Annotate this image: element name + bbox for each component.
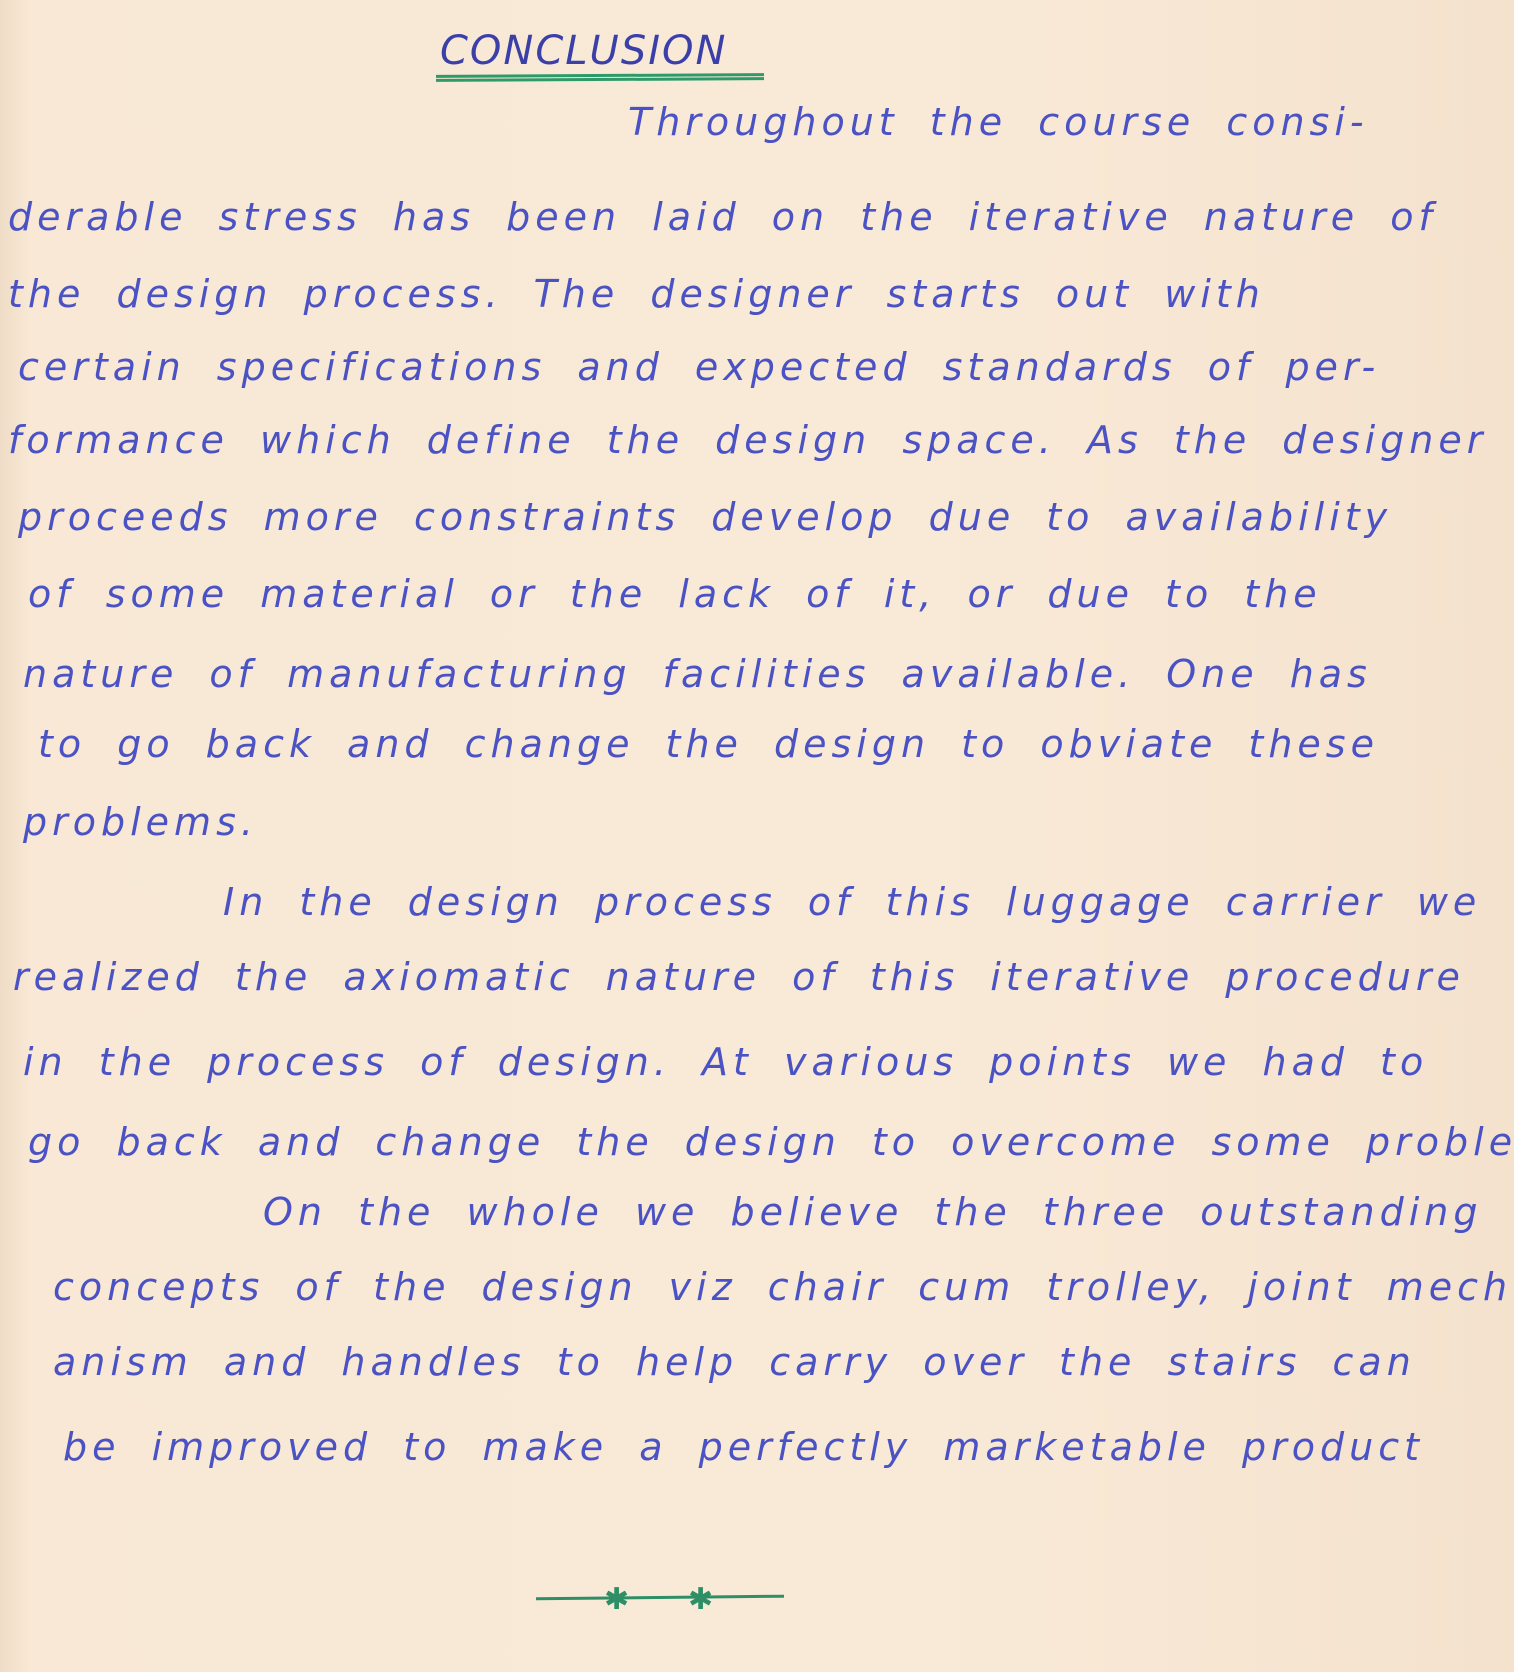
- text-line: nature of manufacturing facilities avail…: [23, 652, 1372, 696]
- text-line: to go back and change the design to obvi…: [38, 722, 1379, 766]
- footer-divider: [536, 1595, 784, 1601]
- text-line: in the process of design. At various poi…: [23, 1040, 1428, 1084]
- text-line: concepts of the design viz chair cum tro…: [53, 1265, 1514, 1309]
- text-line: proceeds more constraints develop due to…: [18, 495, 1392, 539]
- text-line: Throughout the course consi-: [628, 100, 1369, 144]
- text-line: of some material or the lack of it, or d…: [28, 572, 1322, 616]
- asterisk-icon: ✱: [604, 1582, 629, 1617]
- handwritten-page: CONCLUSION Throughout the course consi-d…: [0, 0, 1514, 1672]
- text-line: the design process. The designer starts …: [8, 272, 1265, 316]
- text-line: problems.: [23, 800, 258, 844]
- text-line: formance which define the design space. …: [8, 418, 1487, 462]
- text-line: be improved to make a perfectly marketab…: [63, 1425, 1424, 1469]
- asterisk-icon: ✱: [688, 1582, 713, 1617]
- page-title: CONCLUSION: [440, 28, 727, 74]
- text-line: On the whole we believe the three outsta…: [263, 1190, 1483, 1234]
- text-line: certain specifications and expected stan…: [18, 345, 1380, 389]
- title-underline: [436, 73, 764, 78]
- text-line: In the design process of this luggage ca…: [223, 880, 1481, 924]
- text-line: realized the axiomatic nature of this it…: [13, 955, 1465, 999]
- text-line: go back and change the design to overcom…: [28, 1120, 1514, 1164]
- text-line: anism and handles to help carry over the…: [53, 1340, 1416, 1384]
- text-line: derable stress has been laid on the iter…: [8, 195, 1437, 239]
